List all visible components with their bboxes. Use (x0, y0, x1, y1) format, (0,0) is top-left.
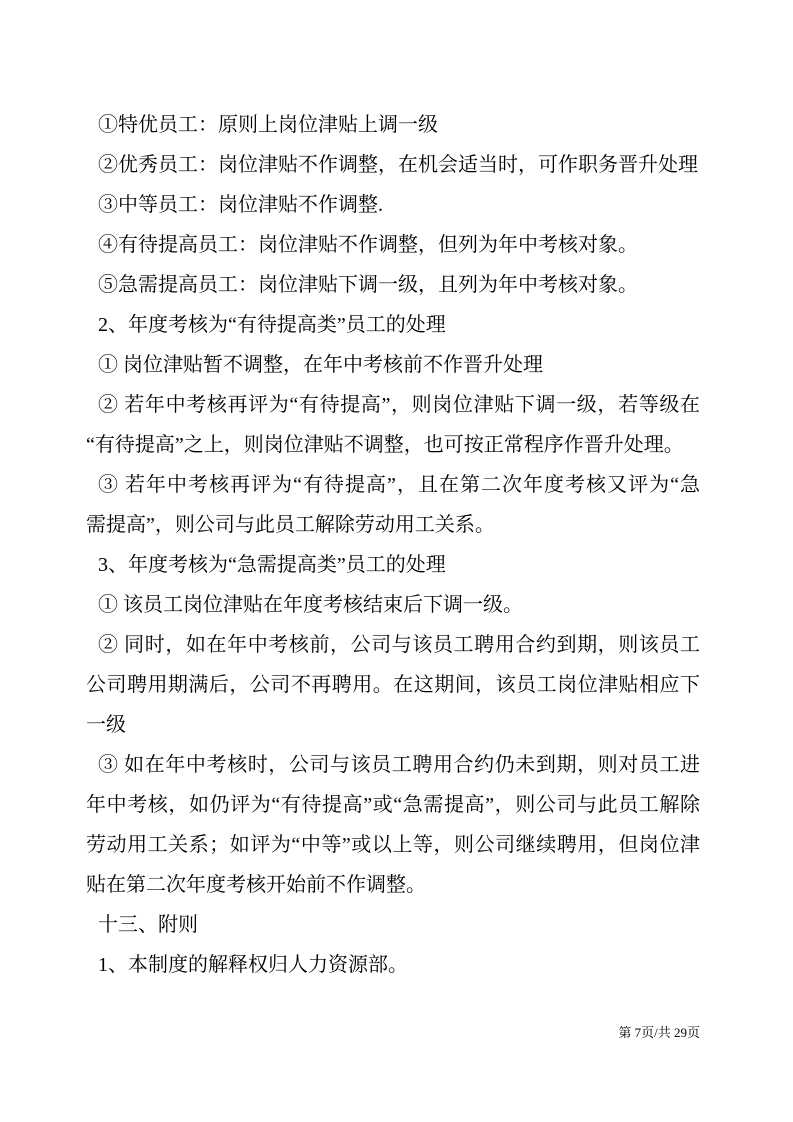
document-body: ①特优员工：原则上岗位津贴上调一级②优秀员工：岗位津贴不作调整，在机会适当时，可… (86, 105, 700, 985)
paragraph: ⑤急需提高员工：岗位津贴下调一级，且列为年中考核对象。 (86, 265, 700, 305)
text-line: ③ 若年中考核再评为“有待提高”，且在第二次年度考核又评为“急 (86, 465, 700, 505)
text-line: ② 若年中考核再评为“有待提高”，则岗位津贴下调一级，若等级在 (86, 385, 700, 425)
paragraph: 十三、附则 (86, 905, 700, 945)
text-line: 3、年度考核为“急需提高类”员工的处理 (86, 545, 700, 585)
text-line: ①特优员工：原则上岗位津贴上调一级 (86, 105, 700, 145)
document-page: ①特优员工：原则上岗位津贴上调一级②优秀员工：岗位津贴不作调整，在机会适当时，可… (0, 0, 793, 1122)
text-line: ② 同时，如在年中考核前，公司与该员工聘用合约到期，则该员工与 (86, 625, 700, 665)
text-line: 贴在第二次年度考核开始前不作调整。 (86, 865, 700, 905)
page-number: 第 7页/共 29页 (618, 1024, 700, 1042)
paragraph: 3、年度考核为“急需提高类”员工的处理 (86, 545, 700, 585)
paragraph: ③ 若年中考核再评为“有待提高”，且在第二次年度考核又评为“急需提高”，则公司与… (86, 465, 700, 545)
text-line: ④有待提高员工：岗位津贴不作调整，但列为年中考核对象。 (86, 225, 700, 265)
text-line: 年中考核，如仍评为“有待提高”或“急需提高”，则公司与此员工解除 (86, 785, 700, 825)
text-line: ③中等员工：岗位津贴不作调整. (86, 185, 700, 225)
paragraph: 2、年度考核为“有待提高类”员工的处理 (86, 305, 700, 345)
paragraph: ② 若年中考核再评为“有待提高”，则岗位津贴下调一级，若等级在“有待提高”之上，… (86, 385, 700, 465)
text-line: ⑤急需提高员工：岗位津贴下调一级，且列为年中考核对象。 (86, 265, 700, 305)
paragraph: ① 岗位津贴暂不调整，在年中考核前不作晋升处理 (86, 345, 700, 385)
text-line: ① 岗位津贴暂不调整，在年中考核前不作晋升处理 (86, 345, 700, 385)
paragraph: ④有待提高员工：岗位津贴不作调整，但列为年中考核对象。 (86, 225, 700, 265)
paragraph: ② 同时，如在年中考核前，公司与该员工聘用合约到期，则该员工与公司聘用期满后，公… (86, 625, 700, 745)
paragraph: ②优秀员工：岗位津贴不作调整，在机会适当时，可作职务晋升处理 (86, 145, 700, 185)
text-line: 公司聘用期满后，公司不再聘用。在这期间，该员工岗位津贴相应下调 (86, 665, 700, 705)
paragraph: ① 该员工岗位津贴在年度考核结束后下调一级。 (86, 585, 700, 625)
paragraph: ①特优员工：原则上岗位津贴上调一级 (86, 105, 700, 145)
paragraph: ③ 如在年中考核时，公司与该员工聘用合约仍未到期，则对员工进行年中考核，如仍评为… (86, 745, 700, 905)
text-line: ① 该员工岗位津贴在年度考核结束后下调一级。 (86, 585, 700, 625)
text-line: 十三、附则 (86, 905, 700, 945)
text-line: 需提高”，则公司与此员工解除劳动用工关系。 (86, 505, 700, 545)
text-line: ③ 如在年中考核时，公司与该员工聘用合约仍未到期，则对员工进行 (86, 745, 700, 785)
text-line: 一级 (86, 705, 700, 745)
text-line: “有待提高”之上，则岗位津贴不调整，也可按正常程序作晋升处理。 (86, 425, 700, 465)
paragraph: 1、本制度的解释权归人力资源部。 (86, 945, 700, 985)
paragraph: ③中等员工：岗位津贴不作调整. (86, 185, 700, 225)
text-line: 1、本制度的解释权归人力资源部。 (86, 945, 700, 985)
text-line: ②优秀员工：岗位津贴不作调整，在机会适当时，可作职务晋升处理 (86, 145, 700, 185)
text-line: 劳动用工关系；如评为“中等”或以上等，则公司继续聘用，但岗位津 (86, 825, 700, 865)
text-line: 2、年度考核为“有待提高类”员工的处理 (86, 305, 700, 345)
